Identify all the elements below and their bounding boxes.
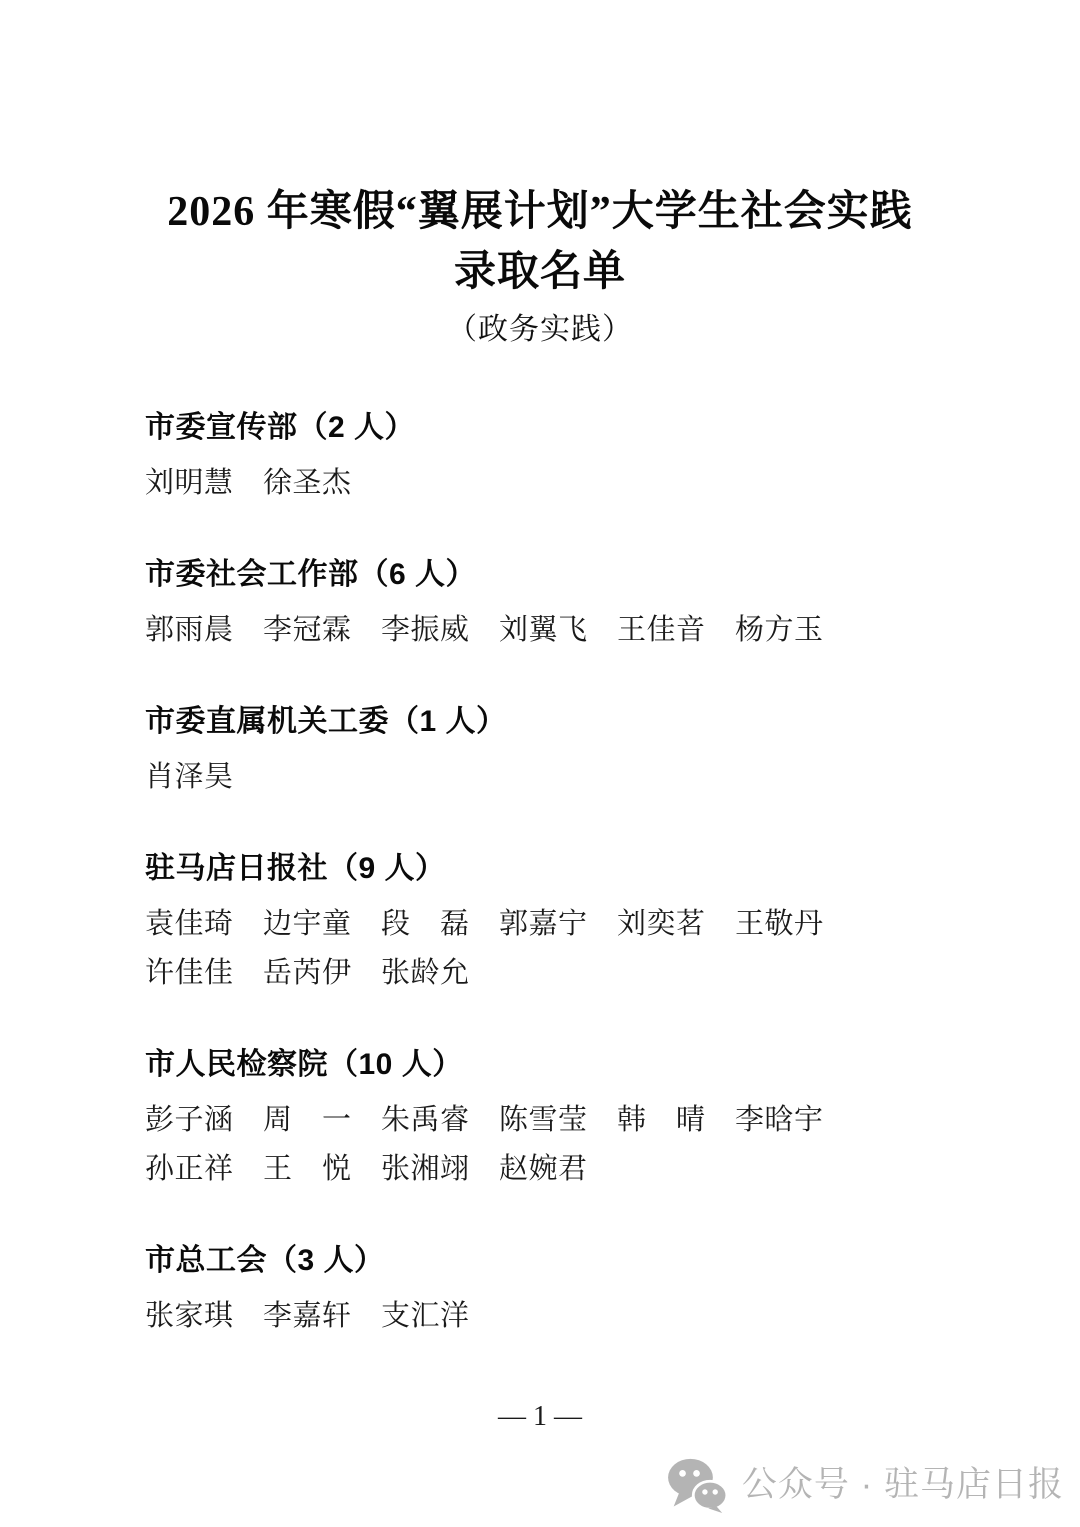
name-row: 孙正祥 王 悦 张湘翊 赵婉君	[145, 1145, 935, 1194]
name-row: 肖泽昊	[145, 753, 935, 802]
title-line-2: 录取名单	[145, 242, 935, 302]
section-social-work-dept: 市委社会工作部（6 人） 郭雨晨 李冠霖 李振威 刘翼飞 王佳音 杨方玉	[145, 557, 935, 655]
watermark-text: 公众号 · 驻马店日报	[742, 1463, 1064, 1507]
section-heading: 市委直属机关工委（1 人）	[145, 704, 935, 740]
wechat-watermark: 公众号 · 驻马店日报	[666, 1457, 1064, 1513]
section-heading: 市委宣传部（2 人）	[145, 410, 935, 446]
name-row: 张家琪 李嘉轩 支汇洋	[145, 1292, 935, 1341]
section-peoples-procuratorate: 市人民检察院（10 人） 彭子涵 周 一 朱禹睿 陈雪莹 韩 晴 李晗宇 孙正祥…	[145, 1047, 935, 1194]
section-heading: 市人民检察院（10 人）	[145, 1047, 935, 1083]
name-row: 袁佳琦 边宇童 段 磊 郭嘉宁 刘奕茗 王敬丹	[145, 900, 935, 949]
page-number: — 1 —	[0, 1400, 1080, 1434]
section-heading: 驻马店日报社（9 人）	[145, 851, 935, 887]
name-row: 刘明慧 徐圣杰	[145, 459, 935, 508]
document-title: 2026 年寒假“翼展计划”大学生社会实践 录取名单	[145, 182, 935, 302]
section-propaganda-dept: 市委宣传部（2 人） 刘明慧 徐圣杰	[145, 410, 935, 508]
document-subtitle: （政务实践）	[145, 308, 935, 352]
section-federation-of-trade-unions: 市总工会（3 人） 张家琪 李嘉轩 支汇洋	[145, 1243, 935, 1341]
section-heading: 市委社会工作部（6 人）	[145, 557, 935, 593]
name-row: 郭雨晨 李冠霖 李振威 刘翼飞 王佳音 杨方玉	[145, 606, 935, 655]
name-row: 许佳佳 岳芮伊 张龄允	[145, 949, 935, 998]
title-line-1: 2026 年寒假“翼展计划”大学生社会实践	[145, 182, 935, 242]
section-heading: 市总工会（3 人）	[145, 1243, 935, 1279]
section-municipal-organs-committee: 市委直属机关工委（1 人） 肖泽昊	[145, 704, 935, 802]
wechat-icon	[666, 1457, 728, 1513]
document-content: 2026 年寒假“翼展计划”大学生社会实践 录取名单 （政务实践） 市委宣传部（…	[145, 0, 935, 1390]
section-list: 市委宣传部（2 人） 刘明慧 徐圣杰 市委社会工作部（6 人） 郭雨晨 李冠霖 …	[145, 410, 935, 1341]
section-zhumadian-daily: 驻马店日报社（9 人） 袁佳琦 边宇童 段 磊 郭嘉宁 刘奕茗 王敬丹 许佳佳 …	[145, 851, 935, 998]
name-row: 彭子涵 周 一 朱禹睿 陈雪莹 韩 晴 李晗宇	[145, 1096, 935, 1145]
document-page: 2026 年寒假“翼展计划”大学生社会实践 录取名单 （政务实践） 市委宣传部（…	[0, 0, 1080, 1527]
